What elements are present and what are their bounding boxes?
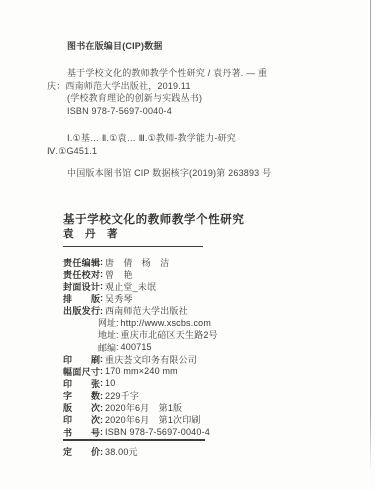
cip-class-line: Ⅳ.①G451.1 (47, 145, 347, 158)
colophon-row-edition: 版次:2020年6月 第1版 (63, 402, 218, 414)
row-label: 定价 (63, 445, 100, 458)
cip-heading: 图书在版编目(CIP)数据 (67, 40, 347, 53)
row-value: 2020年6月 第1版 (105, 401, 182, 414)
row-colon: : (100, 403, 103, 413)
price-divider-rule (63, 439, 205, 440)
colophon-row-sheets: 印张:10 (63, 377, 218, 389)
row-value: 2020年6月 第1次印刷 (105, 413, 201, 426)
row-label: 网址 (98, 316, 116, 329)
row-colon: : (100, 269, 103, 279)
row-value: 西南师范大学出版社 (105, 304, 188, 317)
colophon-row-publisher: 出版发行:西南师范大学出版社 (63, 305, 218, 317)
row-value: 吴秀琴 (105, 292, 133, 305)
row-label: 幅面尺寸 (63, 365, 100, 378)
row-colon: : (100, 293, 103, 303)
row-colon: : (116, 318, 119, 328)
colophon-row-cover-design: 封面设计:观止堂_未氓 (63, 280, 218, 292)
row-value: http://www.xscbs.com (121, 318, 212, 328)
row-colon: : (100, 306, 103, 316)
row-colon: : (100, 281, 103, 291)
row-label: 排版 (63, 292, 100, 305)
row-colon: : (116, 342, 119, 352)
row-label: 印张 (63, 377, 100, 390)
row-value: 38.00元 (105, 445, 138, 458)
colophon-row-typesetting: 排版:吴秀琴 (63, 292, 218, 304)
row-value: ISBN 978-7-5697-0040-4 (105, 427, 210, 437)
colophon-row-word-count: 字数:229千字 (63, 390, 218, 402)
row-value: 唐 倩 杨 洁 (105, 256, 169, 269)
colophon-row-editor: 责任编辑:唐 倩 杨 洁 (63, 256, 218, 268)
row-colon: : (100, 378, 103, 388)
colophon-row-printer: 印刷:重庆荟文印务有限公司 (63, 353, 218, 365)
colophon-row-price: 定价:38.00元 (63, 446, 218, 458)
title-block: 基于学校文化的教师教学个性研究 袁 丹 著 (63, 213, 245, 247)
book-title: 基于学校文化的教师教学个性研究 (63, 213, 245, 228)
row-value: 229千字 (105, 389, 139, 402)
book-copyright-page: 图书在版编目(CIP)数据 基于学校文化的教师教学个性研究 / 袁丹著. — 重… (0, 0, 375, 490)
row-label: 地址 (98, 328, 116, 341)
row-value: 重庆荟文印务有限公司 (105, 353, 197, 366)
row-colon: : (100, 415, 103, 425)
row-label: 印次 (63, 413, 100, 426)
cip-series-line: (学校教育理论的创新与实践丛书) (67, 92, 347, 105)
row-label: 责任编辑 (63, 256, 100, 269)
row-colon: : (100, 366, 103, 376)
cip-isbn-line: ISBN 978-7-5697-0040-4 (67, 105, 347, 118)
cip-section: 图书在版编目(CIP)数据 基于学校文化的教师教学个性研究 / 袁丹著. — 重… (47, 40, 347, 179)
row-value: 170 mm×240 mm (105, 366, 178, 376)
row-colon: : (100, 427, 103, 437)
row-value: 曾 艳 (105, 268, 133, 281)
colophon-row-address: 地址:重庆市北碚区天生路2号 (98, 329, 218, 341)
row-colon: : (100, 447, 103, 457)
row-label: 责任校对 (63, 268, 100, 281)
cip-registry-line: 中国版本图书馆 CIP 数据核字(2019)第 263893 号 (67, 167, 347, 180)
row-colon: : (100, 391, 103, 401)
colophon-row-book-number: 书号:ISBN 978-7-5697-0040-4 (63, 426, 218, 438)
row-value: 10 (105, 378, 115, 388)
colophon-row-proofreader: 责任校对:曾 艳 (63, 268, 218, 280)
page-edge-line (370, 0, 371, 472)
colophon-row-website: 网址:http://www.xscbs.com (98, 317, 218, 329)
row-label: 字数 (63, 389, 100, 402)
cip-entry-line1: 基于学校文化的教师教学个性研究 / 袁丹著. — 重 (67, 67, 347, 80)
book-author: 袁 丹 著 (63, 228, 245, 241)
row-label: 出版发行 (63, 304, 100, 317)
colophon-row-trim-size: 幅面尺寸:170 mm×240 mm (63, 365, 218, 377)
row-label: 书号 (63, 426, 100, 439)
row-colon: : (100, 257, 103, 267)
colophon-row-postcode: 邮编:400715 (98, 341, 218, 353)
title-divider-rule (63, 246, 203, 247)
row-label: 版次 (63, 401, 100, 414)
row-label: 印刷 (63, 353, 100, 366)
row-colon: : (100, 354, 103, 364)
colophon-section: 责任编辑:唐 倩 杨 洁 责任校对:曾 艳 封面设计:观止堂_未氓 排版:吴秀琴… (63, 256, 218, 458)
cip-entry-line2: 庆：西南师范大学出版社，2019.11 (47, 80, 347, 93)
row-value: 重庆市北碚区天生路2号 (121, 328, 218, 341)
row-value: 400715 (121, 342, 152, 352)
row-label: 邮编 (98, 341, 116, 354)
colophon-row-printing: 印次:2020年6月 第1次印刷 (63, 414, 218, 426)
cip-subject-line: Ⅰ.①基… Ⅱ.①袁… Ⅲ.①教师-教学能力-研究 (67, 132, 347, 145)
row-value: 观止堂_未氓 (105, 280, 156, 293)
row-colon: : (116, 330, 119, 340)
row-label: 封面设计 (63, 280, 100, 293)
